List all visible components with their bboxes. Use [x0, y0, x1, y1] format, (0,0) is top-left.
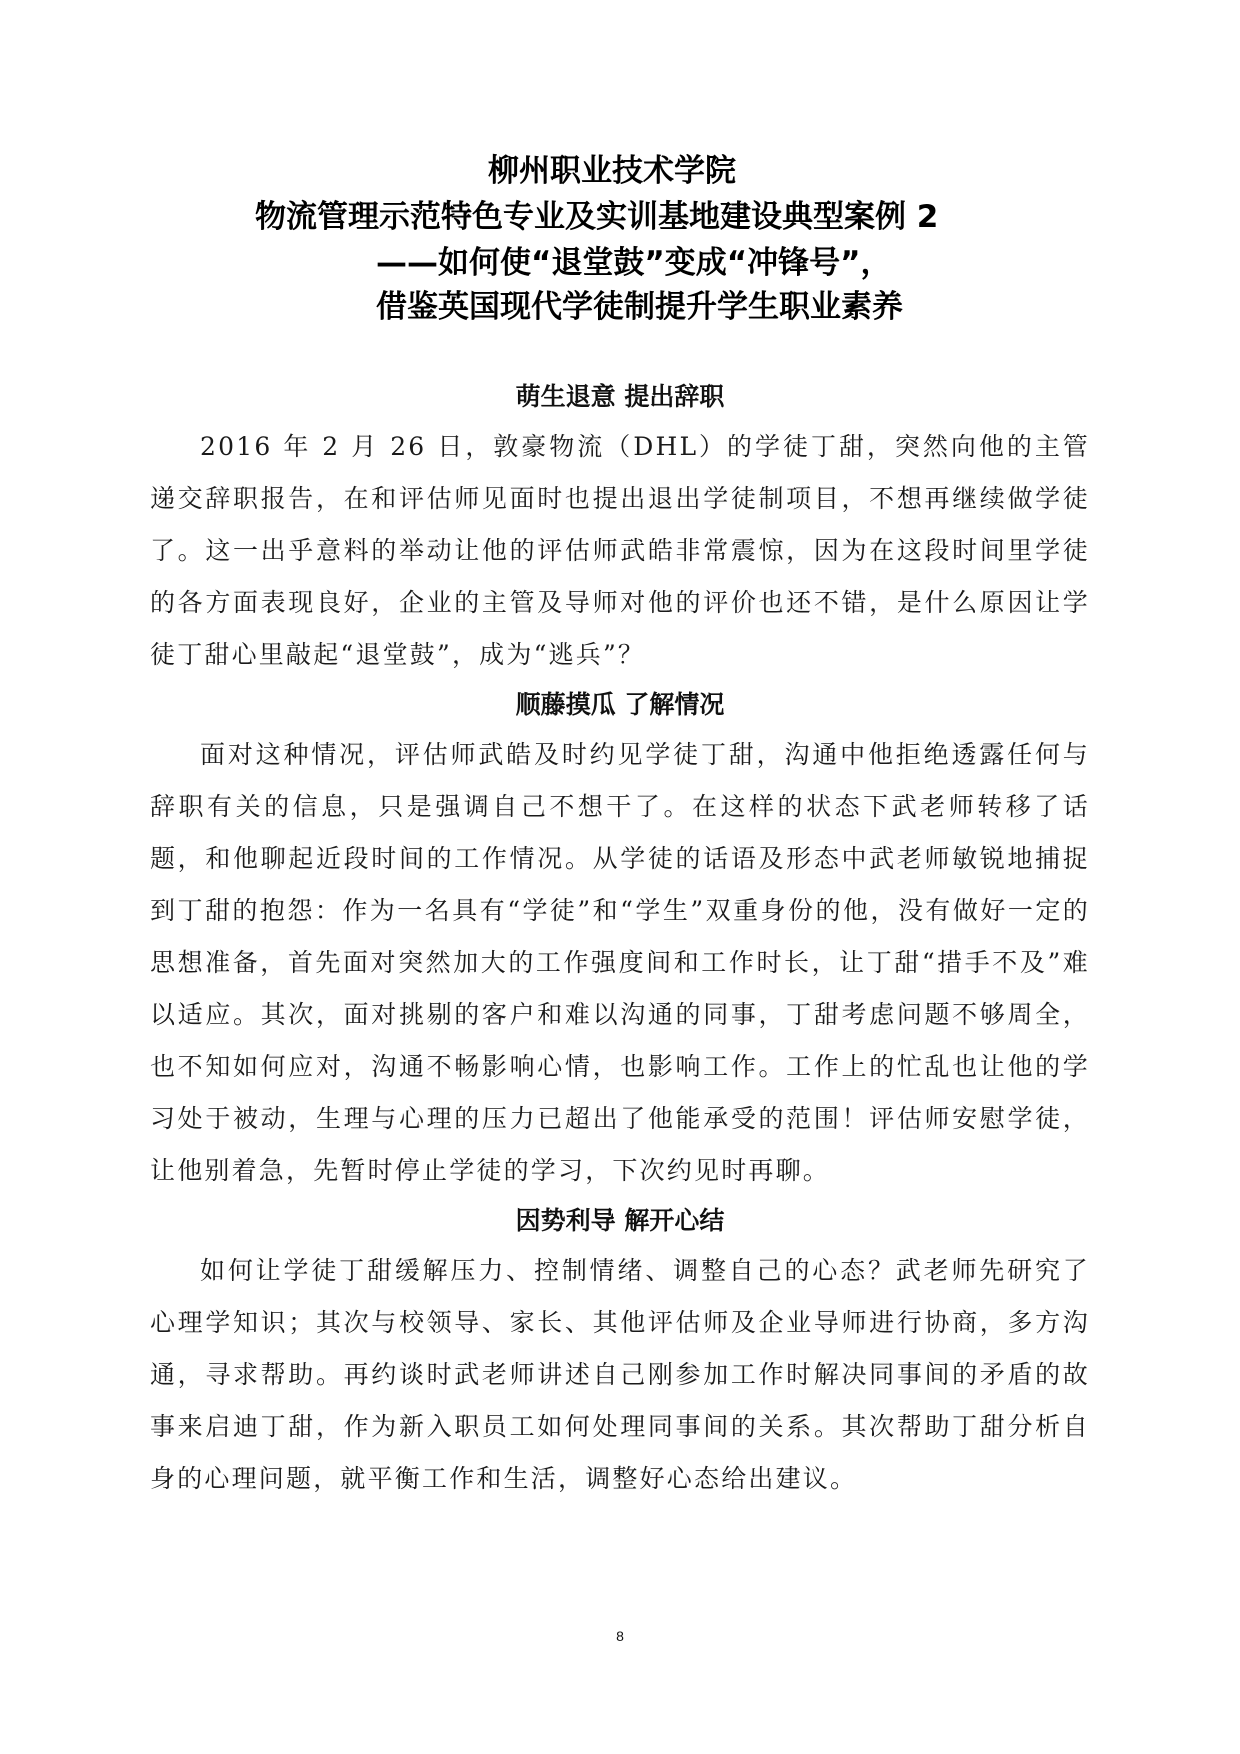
section-resignation: 萌生退意 提出辞职 2016 年 2 月 26 日，敦豪物流（DHL）的学徒丁甜… — [150, 373, 1090, 681]
section-guidance: 因势利导 解开心结 如何让学徒丁甜缓解压力、控制情绪、调整自己的心态？武老师先研… — [150, 1197, 1090, 1505]
title-line-subtitle-1: ——如何使“退堂鼓”变成“冲锋号”， — [376, 240, 892, 286]
section-heading: 因势利导 解开心结 — [150, 1197, 1090, 1245]
section-investigation: 顺藤摸瓜 了解情况 面对这种情况，评估师武皓及时约见学徒丁甜，沟通中他拒绝透露任… — [150, 681, 1090, 1197]
document-page: 柳州职业技术学院 物流管理示范特色专业及实训基地建设典型案例 2 ——如何使“退… — [0, 0, 1240, 1754]
section-heading: 萌生退意 提出辞职 — [150, 373, 1090, 421]
paragraph: 面对这种情况，评估师武皓及时约见学徒丁甜，沟通中他拒绝透露任何与辞职有关的信息，… — [150, 729, 1090, 1197]
title-line-case-name: 物流管理示范特色专业及实训基地建设典型案例 2 — [255, 194, 938, 240]
title-line-institution: 柳州职业技术学院 — [488, 148, 736, 194]
document-body: 萌生退意 提出辞职 2016 年 2 月 26 日，敦豪物流（DHL）的学徒丁甜… — [150, 373, 1090, 1505]
section-heading: 顺藤摸瓜 了解情况 — [150, 681, 1090, 729]
paragraph: 如何让学徒丁甜缓解压力、控制情绪、调整自己的心态？武老师先研究了心理学知识；其次… — [150, 1245, 1090, 1505]
page-number: 8 — [0, 1628, 1240, 1644]
paragraph: 2016 年 2 月 26 日，敦豪物流（DHL）的学徒丁甜，突然向他的主管递交… — [150, 421, 1090, 681]
title-line-subtitle-2: 借鉴英国现代学徒制提升学生职业素养 — [376, 284, 903, 330]
